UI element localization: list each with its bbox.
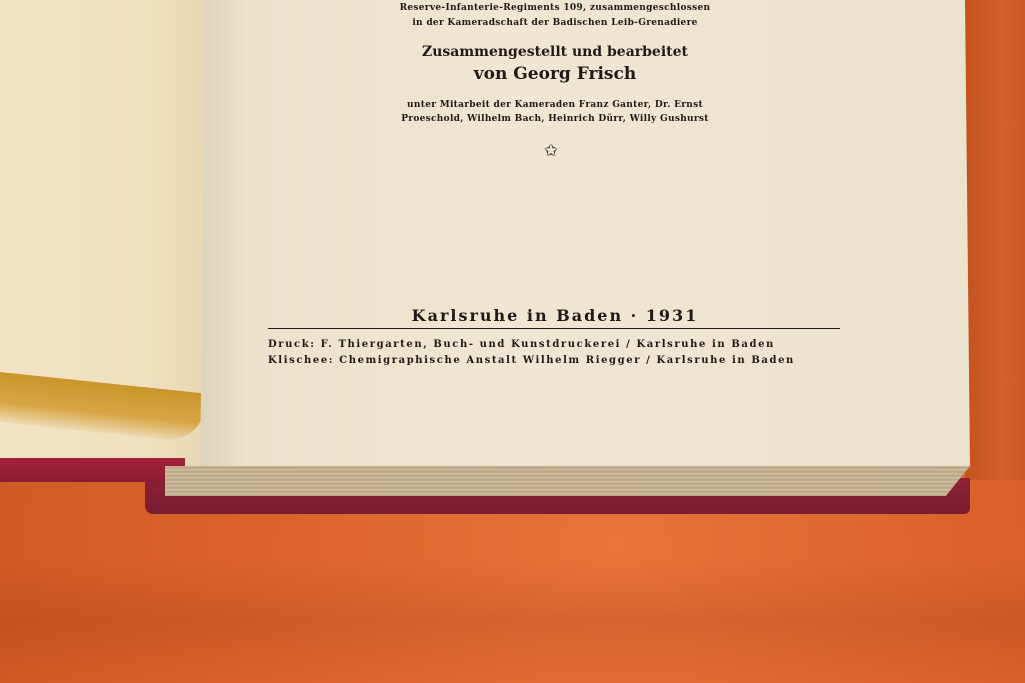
left-cover-edge [0, 458, 185, 482]
orange-cloth-background [965, 0, 1025, 480]
star-ornament-icon: ✩ [541, 141, 561, 161]
regiment-line: Reserve-Infanterie-Regiments 109, zusamm… [260, 3, 850, 13]
page-edges [165, 466, 970, 496]
cloth-fold [0, 560, 1025, 683]
place-year: Karlsruhe in Baden · 1931 [260, 306, 850, 325]
kameradschaft-line: in der Kameradschaft der Badischen Leib-… [260, 18, 850, 28]
title-page-text: Reserve-Infanterie-Regiments 109, zusamm… [260, 0, 850, 380]
engraver-line: Klischee: Chemigraphische Anstalt Wilhel… [268, 355, 848, 366]
contributors-line-2: Proeschold, Wilhelm Bach, Heinrich Dürr,… [260, 114, 850, 124]
compiled-label: Zusammengestellt und bearbeitet [260, 44, 850, 60]
divider-rule [268, 328, 840, 329]
printer-line: Druck: F. Thiergarten, Buch- und Kunstdr… [268, 339, 848, 350]
contributors-line-1: unter Mitarbeit der Kameraden Franz Gant… [260, 100, 850, 110]
author-name: von Georg Frisch [260, 64, 850, 84]
